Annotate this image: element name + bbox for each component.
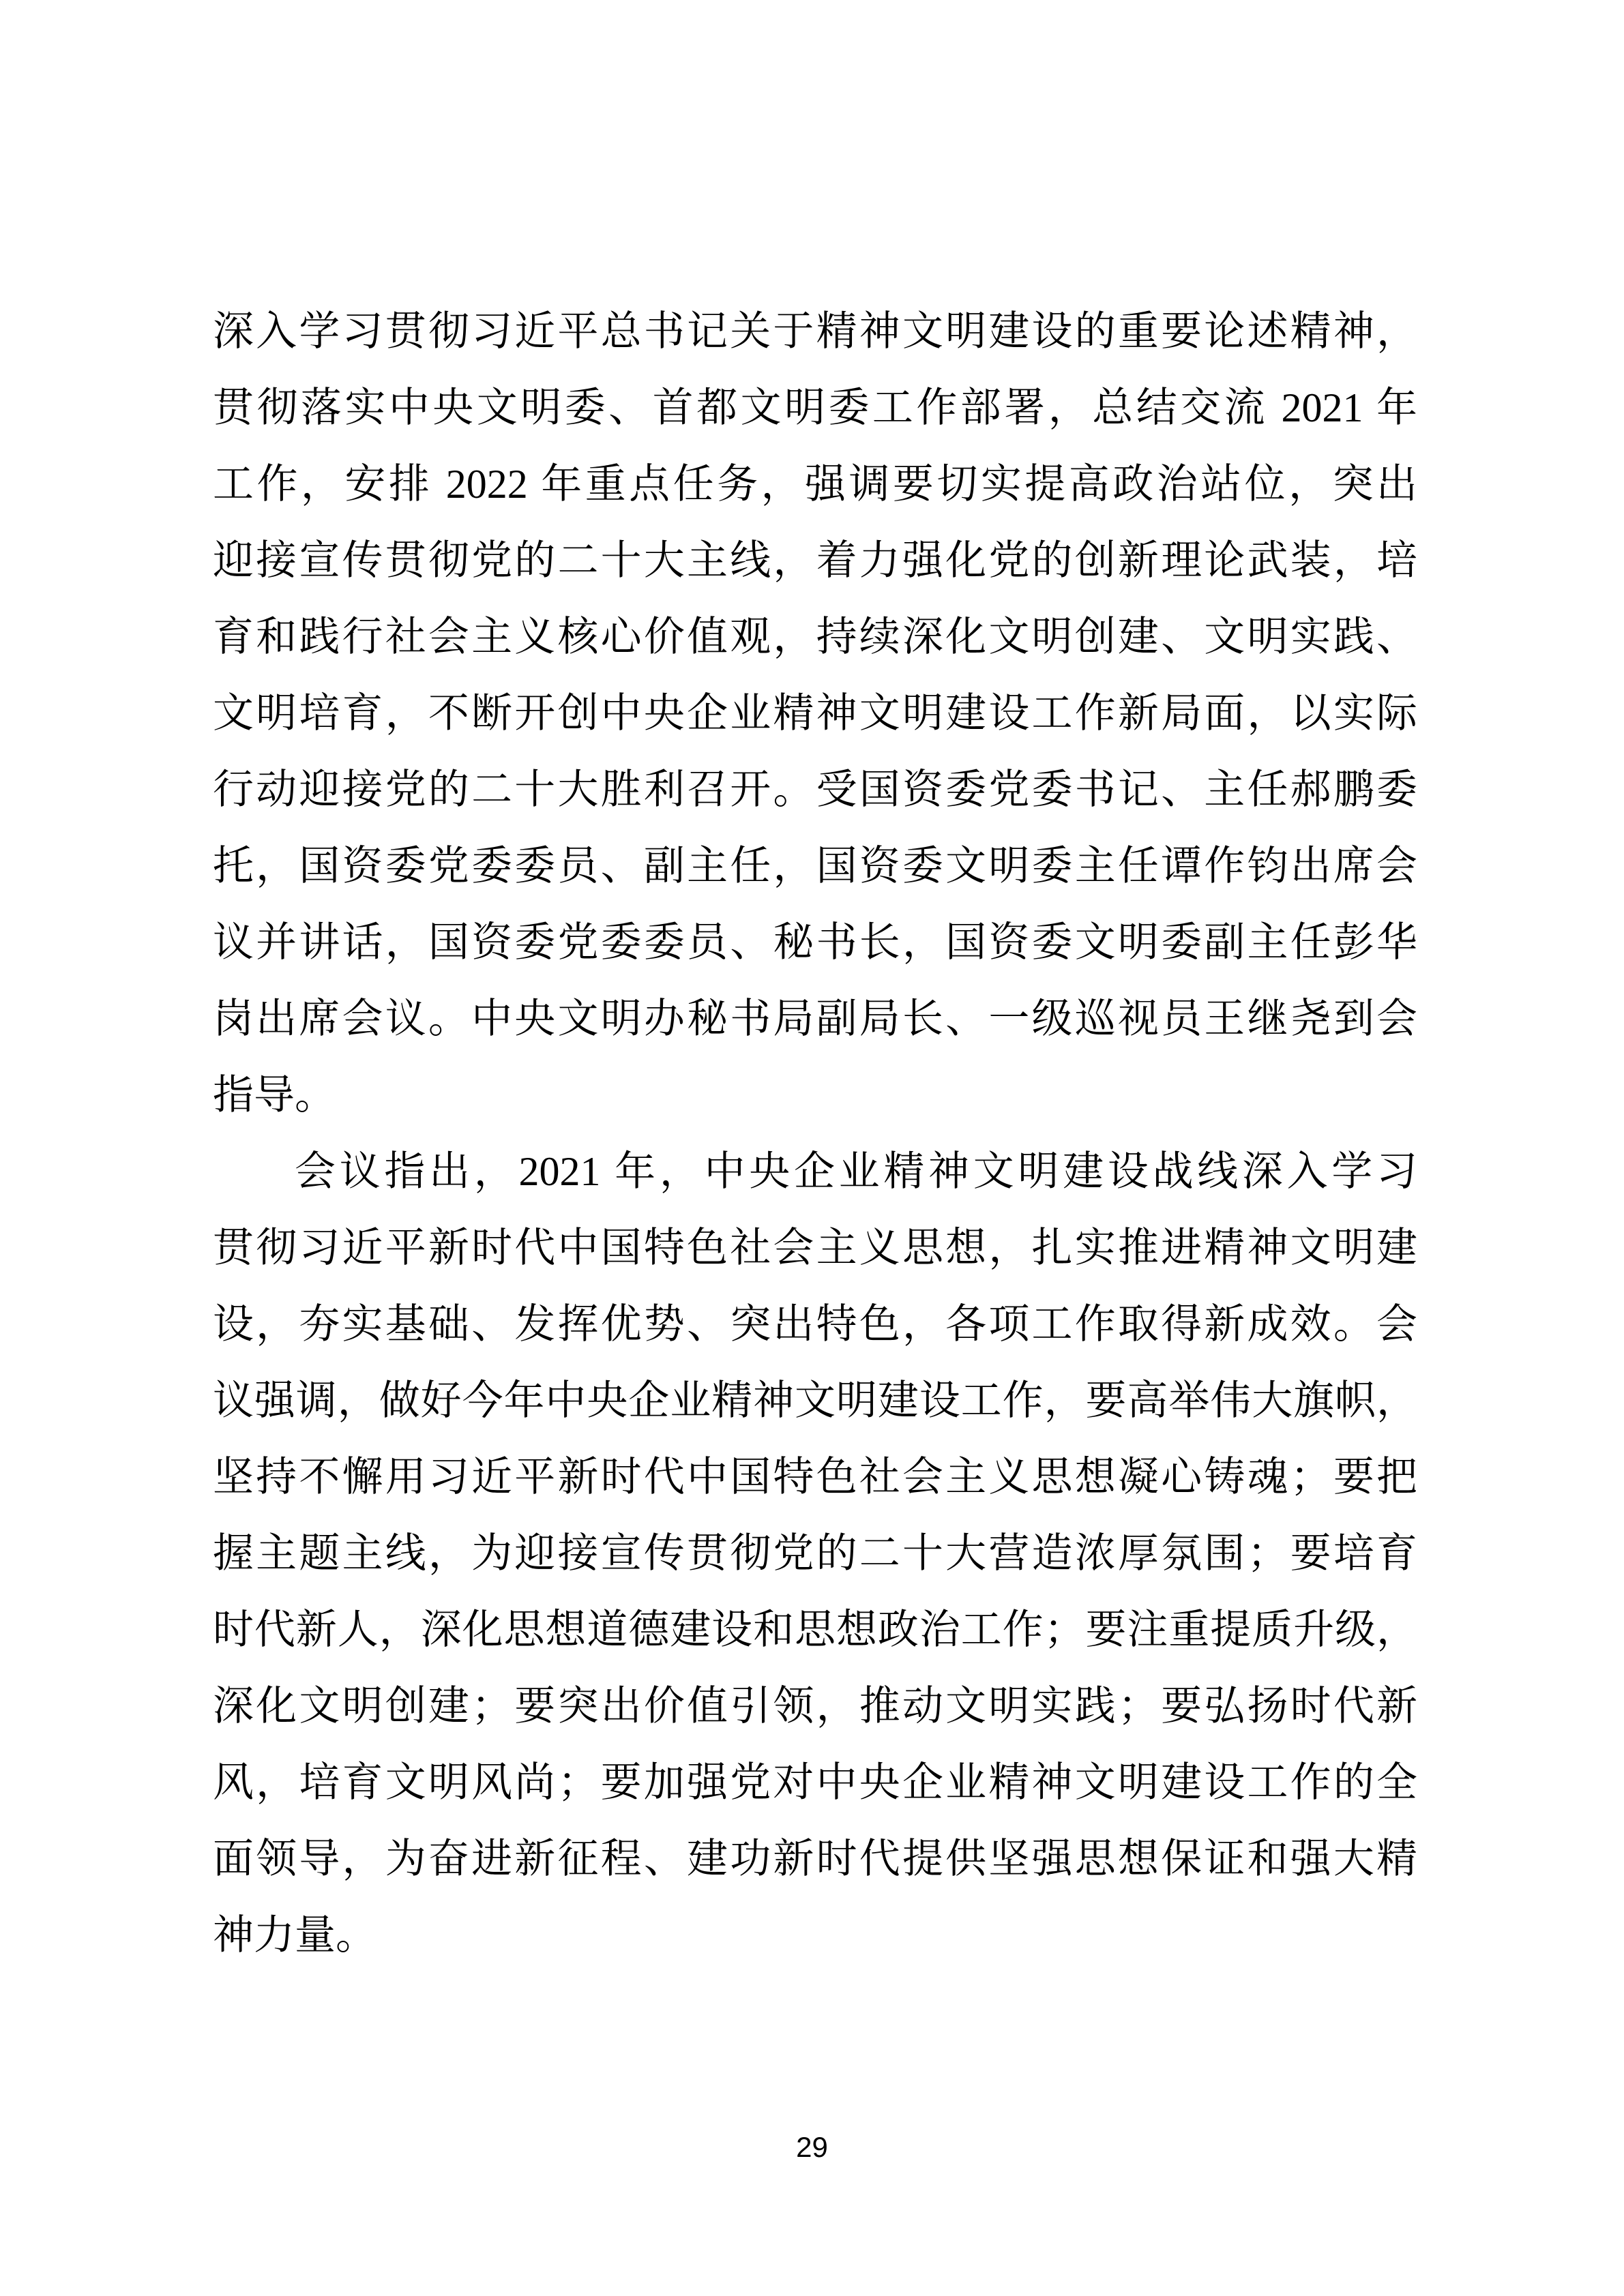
text-line: 握主题主线，为迎接宣传贯彻党的二十大营造浓厚氛围；要培育	[213, 1515, 1417, 1592]
text-line: 议强调，做好今年中央企业精神文明建设工作，要高举伟大旗帜，	[213, 1362, 1417, 1439]
text-line: 时代新人，深化思想道德建设和思想政治工作；要注重提质升级，	[213, 1592, 1417, 1668]
text-line: 托，国资委党委委员、副主任，国资委文明委主任谭作钧出席会	[213, 828, 1417, 904]
body-text-block: 深入学习贯彻习近平总书记关于精神文明建设的重要论述精神，贯彻落实中央文明委、首都…	[213, 293, 1417, 1973]
text-line: 议并讲话，国资委党委委员、秘书长，国资委文明委副主任彭华	[213, 904, 1417, 981]
text-line: 坚持不懈用习近平新时代中国特色社会主义思想凝心铸魂；要把	[213, 1439, 1417, 1515]
text-line: 会议指出，2021 年，中央企业精神文明建设战线深入学习	[213, 1133, 1417, 1210]
text-line: 深入学习贯彻习近平总书记关于精神文明建设的重要论述精神，	[213, 293, 1417, 370]
text-line: 贯彻习近平新时代中国特色社会主义思想，扎实推进精神文明建	[213, 1210, 1417, 1286]
text-line: 神力量。	[213, 1897, 1417, 1973]
text-line: 岗出席会议。中央文明办秘书局副局长、一级巡视员王继尧到会	[213, 981, 1417, 1057]
text-line: 迎接宣传贯彻党的二十大主线，着力强化党的创新理论武装，培	[213, 522, 1417, 599]
page-number: 29	[0, 2132, 1624, 2163]
text-line: 贯彻落实中央文明委、首都文明委工作部署，总结交流 2021 年	[213, 370, 1417, 446]
text-line: 文明培育，不断开创中央企业精神文明建设工作新局面，以实际	[213, 675, 1417, 751]
text-line: 育和践行社会主义核心价值观，持续深化文明创建、文明实践、	[213, 599, 1417, 675]
text-line: 工作，安排 2022 年重点任务，强调要切实提高政治站位，突出	[213, 446, 1417, 522]
text-line: 指导。	[213, 1057, 1417, 1133]
text-line: 设，夯实基础、发挥优势、突出特色，各项工作取得新成效。会	[213, 1286, 1417, 1362]
text-line: 行动迎接党的二十大胜利召开。受国资委党委书记、主任郝鹏委	[213, 751, 1417, 828]
document-page: 深入学习贯彻习近平总书记关于精神文明建设的重要论述精神，贯彻落实中央文明委、首都…	[0, 0, 1624, 2296]
paragraph: 深入学习贯彻习近平总书记关于精神文明建设的重要论述精神，贯彻落实中央文明委、首都…	[213, 293, 1417, 1133]
paragraph: 会议指出，2021 年，中央企业精神文明建设战线深入学习贯彻习近平新时代中国特色…	[213, 1133, 1417, 1973]
text-line: 风，培育文明风尚；要加强党对中央企业精神文明建设工作的全	[213, 1744, 1417, 1821]
text-line: 面领导，为奋进新征程、建功新时代提供坚强思想保证和强大精	[213, 1821, 1417, 1897]
text-line: 深化文明创建；要突出价值引领，推动文明实践；要弘扬时代新	[213, 1668, 1417, 1744]
